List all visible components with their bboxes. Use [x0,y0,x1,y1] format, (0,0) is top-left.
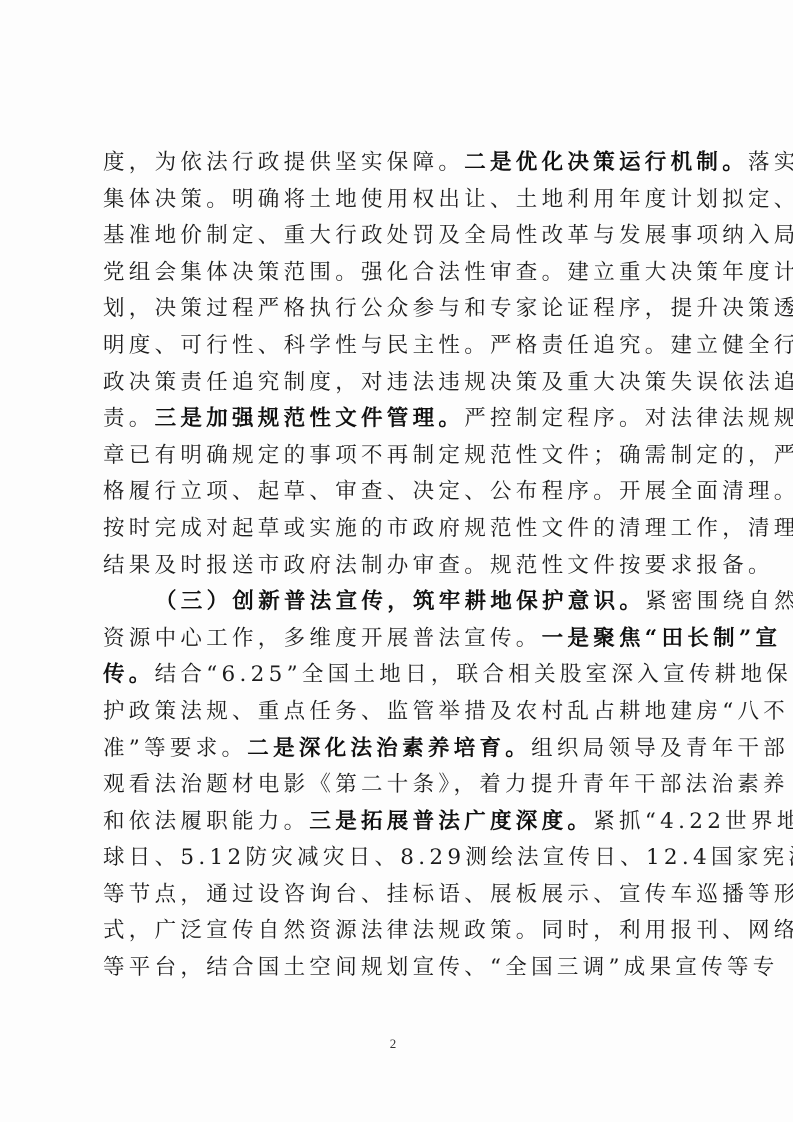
text-line: （三）创新普法宣传，筑牢耕地保护意识。紧密围绕自然 [103,584,681,621]
bold-heading-text: 传。 [103,662,155,687]
paragraph-text: 度，为依法行政提供坚实保障。 [103,150,464,175]
bold-heading-text: 三是拓展普法广度深度。 [309,809,593,834]
paragraph-text: 基准地价制定、重大行政处罚及全局性改革与发展事项纳入局 [103,223,793,248]
paragraph-text: 资源中心工作，多维度开展普法宣传。 [103,626,542,651]
text-line: 党组会集体决策范围。强化合法性审查。建立重大决策年度计 [103,255,681,292]
bold-heading-text: （三）创新普法宣传，筑牢耕地保护意识。 [155,589,645,614]
text-line: 划，决策过程严格执行公众参与和专家论证程序，提升决策透 [103,291,681,328]
paragraph-text: 政决策责任追究制度，对违法违规决策及重大决策失误依法追 [103,370,793,395]
bold-heading-text: 二是深化法治素养培育。 [247,736,531,761]
paragraph-text: 党组会集体决策范围。强化合法性审查。建立重大决策年度计 [103,260,793,285]
text-line: 护政策法规、重点任务、监管举措及农村乱占耕地建房“八不 [103,694,681,731]
paragraph-text: 组织局领导及青年干部 [531,736,789,761]
bold-heading-text: 二是优化决策运行机制。 [464,150,748,175]
body-text: 度，为依法行政提供坚实保障。二是优化决策运行机制。落实集体决策。明确将土地使用权… [103,145,683,987]
text-line: 资源中心工作，多维度开展普法宣传。一是聚焦“田长制”宣 [103,621,681,658]
paragraph-text: 结果及时报送市政府法制办审查。规范性文件按要求报备。 [103,553,774,578]
paragraph-text: 紧抓“4.22世界地 [593,809,793,834]
text-line: 球日、5.12防灾减灾日、8.29测绘法宣传日、12.4国家宪法日” [103,840,681,877]
text-line: 度，为依法行政提供坚实保障。二是优化决策运行机制。落实 [103,145,681,182]
text-line: 等节点，通过设咨询台、挂标语、展板展示、宣传车巡播等形 [103,877,681,914]
paragraph-text: 落实 [748,150,793,175]
page-number: 2 [386,1036,400,1052]
document-page: 度，为依法行政提供坚实保障。二是优化决策运行机制。落实集体决策。明确将土地使用权… [0,0,793,1122]
text-line: 观看法治题材电影《第二十条》，着力提升青年干部法治素养 [103,767,681,804]
text-line: 和依法履职能力。三是拓展普法广度深度。紧抓“4.22世界地 [103,804,681,841]
bold-heading-text: 一是聚焦“田长制”宣 [542,626,782,651]
paragraph-text: 式，广泛宣传自然资源法律法规政策。同时，利用报刊、网络 [103,918,793,943]
text-line: 式，广泛宣传自然资源法律法规政策。同时，利用报刊、网络 [103,913,681,950]
paragraph-text: 紧密围绕自然 [645,589,793,614]
paragraph-text: 结合“6.25”全国土地日，联合相关股室深入宣传耕地保 [155,662,792,687]
paragraph-text: 准”等要求。 [103,736,247,761]
text-line: 责。三是加强规范性文件管理。严控制定程序。对法律法规规 [103,401,681,438]
text-line: 准”等要求。二是深化法治素养培育。组织局领导及青年干部 [103,731,681,768]
text-line: 明度、可行性、科学性与民主性。严格责任追究。建立健全行 [103,328,681,365]
paragraph-text: 格履行立项、起草、审查、决定、公布程序。开展全面清理。 [103,479,793,504]
text-line: 传。结合“6.25”全国土地日，联合相关股室深入宣传耕地保 [103,657,681,694]
text-line: 结果及时报送市政府法制办审查。规范性文件按要求报备。 [103,548,681,585]
text-line: 政决策责任追究制度，对违法违规决策及重大决策失误依法追 [103,365,681,402]
paragraph-text: 护政策法规、重点任务、监管举措及农村乱占耕地建房“八不 [103,699,789,724]
paragraph-text: 严控制定程序。对法律法规规 [464,406,793,431]
paragraph-text: 划，决策过程严格执行公众参与和专家论证程序，提升决策透 [103,296,793,321]
paragraph-text: 集体决策。明确将土地使用权出让、土地利用年度计划拟定、 [103,187,793,212]
paragraph-text: 明度、可行性、科学性与民主性。严格责任追究。建立健全行 [103,333,793,358]
text-line: 等平台，结合国土空间规划宣传、“全国三调”成果宣传等专 [103,950,681,987]
text-line: 按时完成对起草或实施的市政府规范性文件的清理工作，清理 [103,511,681,548]
paragraph-text: 和依法履职能力。 [103,809,309,834]
text-line: 章已有明确规定的事项不再制定规范性文件；确需制定的，严 [103,438,681,475]
paragraph-text: 按时完成对起草或实施的市政府规范性文件的清理工作，清理 [103,516,793,541]
text-line: 基准地价制定、重大行政处罚及全局性改革与发展事项纳入局 [103,218,681,255]
paragraph-text: 章已有明确规定的事项不再制定规范性文件；确需制定的，严 [103,443,793,468]
paragraph-text: 球日、5.12防灾减灾日、8.29测绘法宣传日、12.4国家宪法日” [103,845,793,870]
bold-heading-text: 三是加强规范性文件管理。 [155,406,465,431]
paragraph-text: 等节点，通过设咨询台、挂标语、展板展示、宣传车巡播等形 [103,882,793,907]
text-line: 格履行立项、起草、审查、决定、公布程序。开展全面清理。 [103,474,681,511]
paragraph-text: 观看法治题材电影《第二十条》，着力提升青年干部法治素养 [103,772,789,797]
text-line: 集体决策。明确将土地使用权出让、土地利用年度计划拟定、 [103,182,681,219]
paragraph-text: 责。 [103,406,155,431]
paragraph-text: 等平台，结合国土空间规划宣传、“全国三调”成果宣传等专 [103,955,779,980]
